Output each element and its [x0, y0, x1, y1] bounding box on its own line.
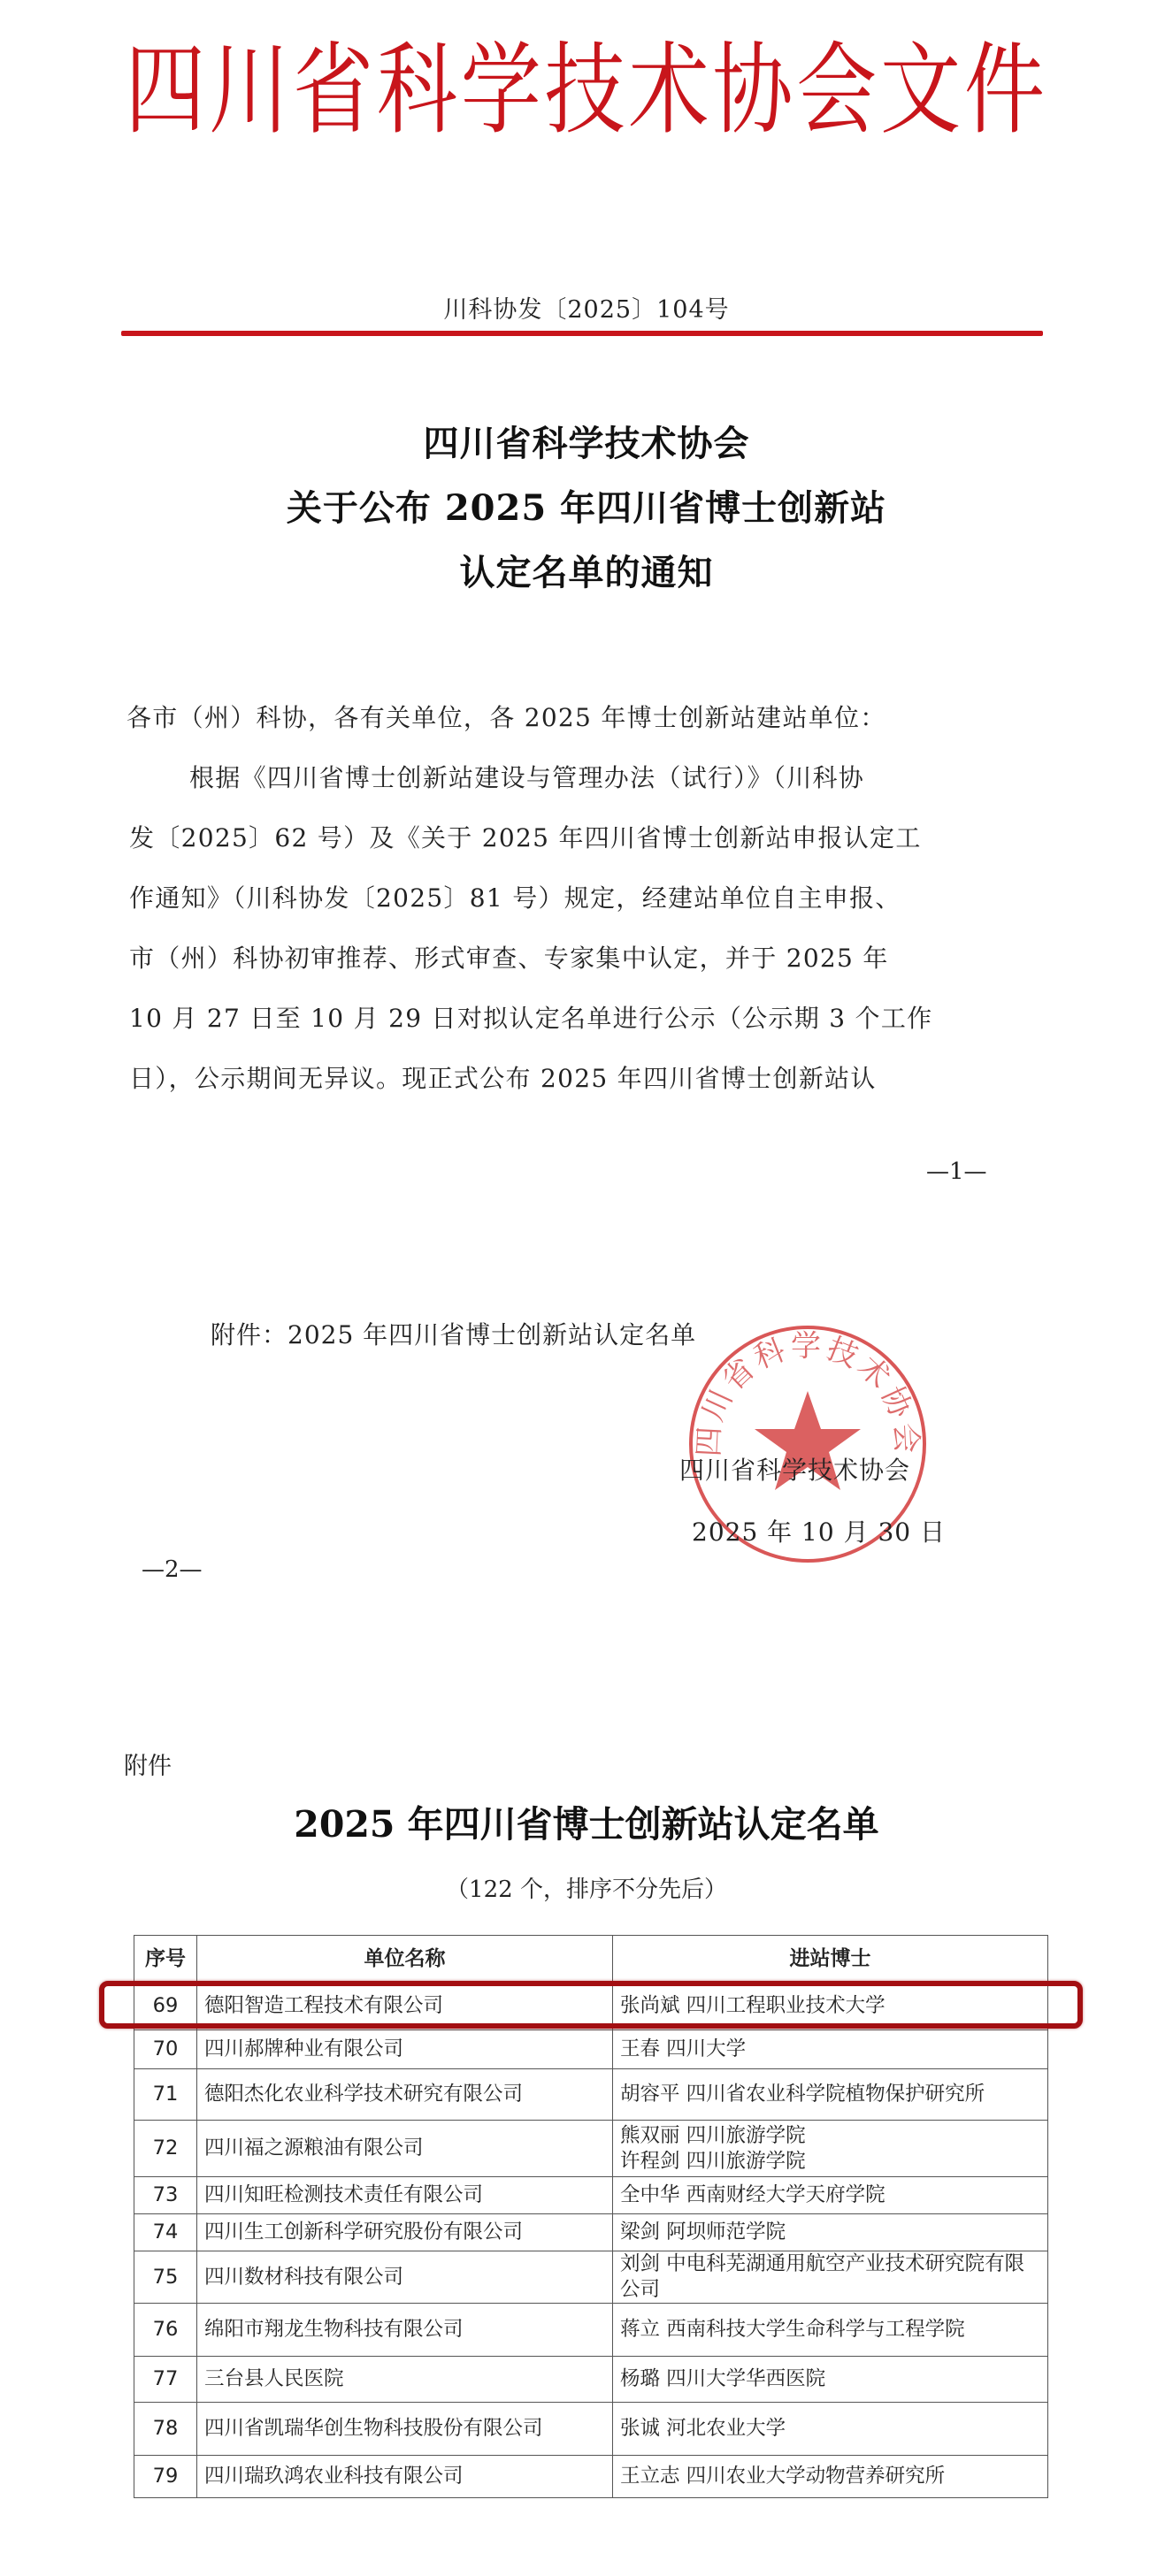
attachment-reference: 附件：2025 年四川省博士创新站认定名单	[211, 1316, 696, 1351]
table-row: 72 四川福之源粮油有限公司 熊双丽 四川旅游学院 许程剑 四川旅游学院	[134, 2121, 1048, 2177]
row-number: 73	[134, 2177, 197, 2214]
page-number-2: —2—	[142, 1556, 203, 1583]
row-doctor: 全中华 西南财经大学天府学院	[613, 2177, 1048, 2214]
row-doctor: 王立志 四川农业大学动物营养研究所	[613, 2456, 1048, 2498]
table-row: 69 德阳智造工程技术有限公司 张尚斌 四川工程职业技术大学	[134, 1983, 1048, 2030]
table-header-row: 序号 单位名称 进站博士	[134, 1936, 1048, 1983]
row-number: 76	[134, 2304, 197, 2357]
red-divider-rule	[121, 331, 1043, 336]
table-row: 70 四川郝牌种业有限公司 王春 四川大学	[134, 2030, 1048, 2069]
table-row: 71 德阳杰化农业科学技术研究有限公司 胡容平 四川省农业科学院植物保护研究所	[134, 2069, 1048, 2121]
salutation: 各市（州）科协，各有关单位，各 2025 年博士创新站建站单位：	[126, 699, 1011, 734]
body-line-3: 作通知》（川科协发〔2025〕81 号）规定，经建站单位自主申报、	[129, 879, 1014, 914]
doctor-entry: 许程剑 四川旅游学院	[620, 2149, 1040, 2175]
signature-organization: 四川省科学技术协会	[679, 1451, 910, 1487]
doctor-entry: 张诚 河北农业大学	[620, 2416, 1040, 2442]
body-line-4: 市（州）科协初审推荐、形式审查、专家集中认定，并于 2025 年	[129, 939, 1014, 975]
row-doctor: 张尚斌 四川工程职业技术大学	[613, 1983, 1048, 2030]
row-doctor: 熊双丽 四川旅游学院 许程剑 四川旅游学院	[613, 2121, 1048, 2177]
row-number: 78	[134, 2403, 197, 2456]
row-number: 75	[134, 2251, 197, 2304]
body-line-6: 日），公示期间无异议。现正式公布 2025 年四川省博士创新站认	[129, 1059, 1014, 1095]
doctor-entry: 杨璐 四川大学华西医院	[620, 2366, 1040, 2392]
row-unit: 四川数材科技有限公司	[197, 2251, 613, 2304]
row-unit: 德阳智造工程技术有限公司	[197, 1983, 613, 2030]
body-line-1: 根据《四川省博士创新站建设与管理办法（试行）》（川科协	[189, 759, 1074, 794]
doctor-entry: 熊双丽 四川旅游学院	[620, 2123, 1040, 2149]
row-number: 74	[134, 2214, 197, 2251]
row-unit: 四川知旺检测技术责任有限公司	[197, 2177, 613, 2214]
row-doctor: 杨璐 四川大学华西医院	[613, 2357, 1048, 2403]
doctor-entry: 梁剑 阿坝师范学院	[620, 2220, 1040, 2245]
row-number: 79	[134, 2456, 197, 2498]
row-doctor: 王春 四川大学	[613, 2030, 1048, 2069]
row-number: 69	[134, 1983, 197, 2030]
table-row: 78 四川省凯瑞华创生物科技股份有限公司 张诚 河北农业大学	[134, 2403, 1048, 2456]
doctor-entry: 刘剑 中电科芜湖通用航空产业技术研究院有限公司	[620, 2251, 1040, 2303]
row-unit: 四川瑞玖鸿农业科技有限公司	[197, 2456, 613, 2498]
doctor-entry: 张尚斌 四川工程职业技术大学	[620, 1993, 1040, 2019]
table-row: 76 绵阳市翔龙生物科技有限公司 蒋立 西南科技大学生命科学与工程学院	[134, 2304, 1048, 2357]
row-doctor: 梁剑 阿坝师范学院	[613, 2214, 1048, 2251]
doctor-entry: 胡容平 四川省农业科学院植物保护研究所	[620, 2082, 1040, 2107]
row-unit: 绵阳市翔龙生物科技有限公司	[197, 2304, 613, 2357]
issuer-banner: 四川省科学技术协会文件	[41, 25, 1131, 157]
notice-title-line-2: 关于公布 2025 年四川省博士创新站	[0, 480, 1173, 531]
table-row: 79 四川瑞玖鸿农业科技有限公司 王立志 四川农业大学动物营养研究所	[134, 2456, 1048, 2498]
row-unit: 三台县人民医院	[197, 2357, 613, 2403]
row-number: 72	[134, 2121, 197, 2177]
annex-label: 附件	[124, 1747, 172, 1781]
table-row: 73 四川知旺检测技术责任有限公司 全中华 西南财经大学天府学院	[134, 2177, 1048, 2214]
row-doctor: 蒋立 西南科技大学生命科学与工程学院	[613, 2304, 1048, 2357]
notice-title-line-3: 认定名单的通知	[0, 545, 1173, 595]
notice-title-line-1: 四川省科学技术协会	[0, 416, 1173, 466]
column-header-unit: 单位名称	[197, 1936, 613, 1983]
body-line-5: 10 月 27 日至 10 月 29 日对拟认定名单进行公示（公示期 3 个工作	[129, 999, 1014, 1035]
page-number-1: —1—	[926, 1158, 987, 1185]
table-row: 74 四川生工创新科学研究股份有限公司 梁剑 阿坝师范学院	[134, 2214, 1048, 2251]
row-number: 71	[134, 2069, 197, 2121]
row-number: 77	[134, 2357, 197, 2403]
row-unit: 四川生工创新科学研究股份有限公司	[197, 2214, 613, 2251]
table-row: 77 三台县人民医院 杨璐 四川大学华西医院	[134, 2357, 1048, 2403]
annex-title: 2025 年四川省博士创新站认定名单	[0, 1795, 1173, 1847]
doctor-entry: 王立志 四川农业大学动物营养研究所	[620, 2464, 1040, 2489]
row-number: 70	[134, 2030, 197, 2069]
row-unit: 四川省凯瑞华创生物科技股份有限公司	[197, 2403, 613, 2456]
doctor-entry: 王春 四川大学	[620, 2037, 1040, 2062]
body-line-2: 发〔2025〕62 号）及《关于 2025 年四川省博士创新站申报认定工	[129, 819, 1014, 854]
column-header-number: 序号	[134, 1936, 197, 1983]
signature-date: 2025 年 10 月 30 日	[692, 1513, 946, 1548]
row-doctor: 胡容平 四川省农业科学院植物保护研究所	[613, 2069, 1048, 2121]
row-unit: 四川郝牌种业有限公司	[197, 2030, 613, 2069]
row-doctor: 张诚 河北农业大学	[613, 2403, 1048, 2456]
column-header-doctor: 进站博士	[613, 1936, 1048, 1983]
row-unit: 德阳杰化农业科学技术研究有限公司	[197, 2069, 613, 2121]
station-list-table: 序号 单位名称 进站博士 69 德阳智造工程技术有限公司 张尚斌 四川工程职业技…	[134, 1935, 1048, 2498]
table-row: 75 四川数材科技有限公司 刘剑 中电科芜湖通用航空产业技术研究院有限公司	[134, 2251, 1048, 2304]
annex-subtitle: （122 个，排序不分先后）	[0, 1871, 1173, 1904]
row-doctor: 刘剑 中电科芜湖通用航空产业技术研究院有限公司	[613, 2251, 1048, 2304]
row-unit: 四川福之源粮油有限公司	[197, 2121, 613, 2177]
doctor-entry: 蒋立 西南科技大学生命科学与工程学院	[620, 2317, 1040, 2343]
document-number: 川科协发〔2025〕104号	[0, 290, 1173, 325]
doctor-entry: 全中华 西南财经大学天府学院	[620, 2182, 1040, 2208]
